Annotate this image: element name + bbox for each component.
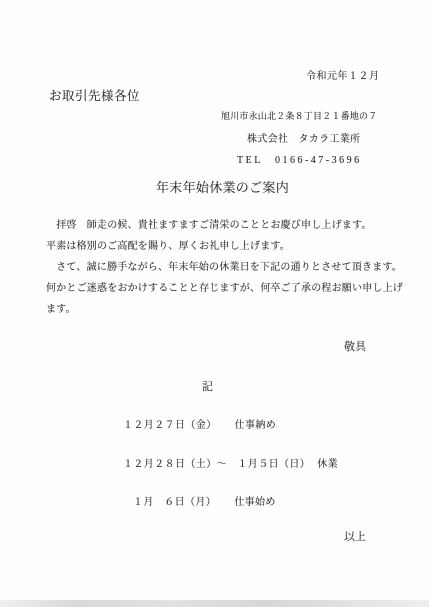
body-line-4: 何かとご迷惑をおかけすることと存じますが、何卒ご了承の程お願い申し上げ — [46, 278, 409, 299]
schedule-label: 仕事納め — [235, 420, 277, 431]
letter-title: 年末年始休業のご案内 — [156, 177, 289, 196]
schedule-row-holiday-period: １２月２８日（土）〜 １月５日（日）休業 — [123, 455, 338, 470]
letter-body: 拝啓 師走の候、貴社ますますご清栄のこととお慶び申し上げます。 平素は格別のご高… — [46, 215, 409, 320]
schedule-label: 仕事始め — [234, 497, 276, 508]
closing-keigu: 敬具 — [344, 338, 366, 354]
body-line-1: 拝啓 師走の候、貴社ますますご清栄のこととお慶び申し上げます。 — [46, 215, 409, 236]
scan-edge-shadow — [0, 600, 429, 607]
body-line-2: 平素は格別のご高配を賜り、厚くお礼申し上げます。 — [46, 236, 409, 257]
schedule-date: １月 ６日（月） — [133, 497, 216, 508]
scanned-letter-page: 令和元年１２月 お取引先様各位 旭川市永山北２条８丁目２１番地の７ 株式会社 タ… — [0, 0, 429, 607]
schedule-row-last-workday: １２月２７日（金）仕事納め — [123, 416, 276, 431]
letter-date: 令和元年１２月 — [306, 67, 380, 82]
body-line-5: ます。 — [46, 299, 409, 320]
sender-phone: TEL 0166-47-3696 — [237, 151, 362, 166]
notation-marker-ki: 記 — [202, 378, 213, 394]
sender-company-name: 株式会社 タカラ工業所 — [247, 130, 360, 145]
schedule-date: １２月２７日（金） — [123, 420, 217, 431]
sender-address: 旭川市永山北２条８丁目２１番地の７ — [221, 109, 377, 122]
schedule-label: 休業 — [317, 459, 338, 470]
body-line-3: さて、誠に勝手ながら、年末年始の休業日を下記の通りとさせて頂きます。 — [46, 257, 409, 278]
recipient-salutation: お取引先様各位 — [49, 86, 140, 104]
schedule-row-first-workday: １月 ６日（月）仕事始め — [123, 493, 276, 508]
end-marker-ijou: 以上 — [344, 528, 366, 544]
schedule-date: １２月２８日（土）〜 １月５日（日） — [123, 459, 310, 470]
